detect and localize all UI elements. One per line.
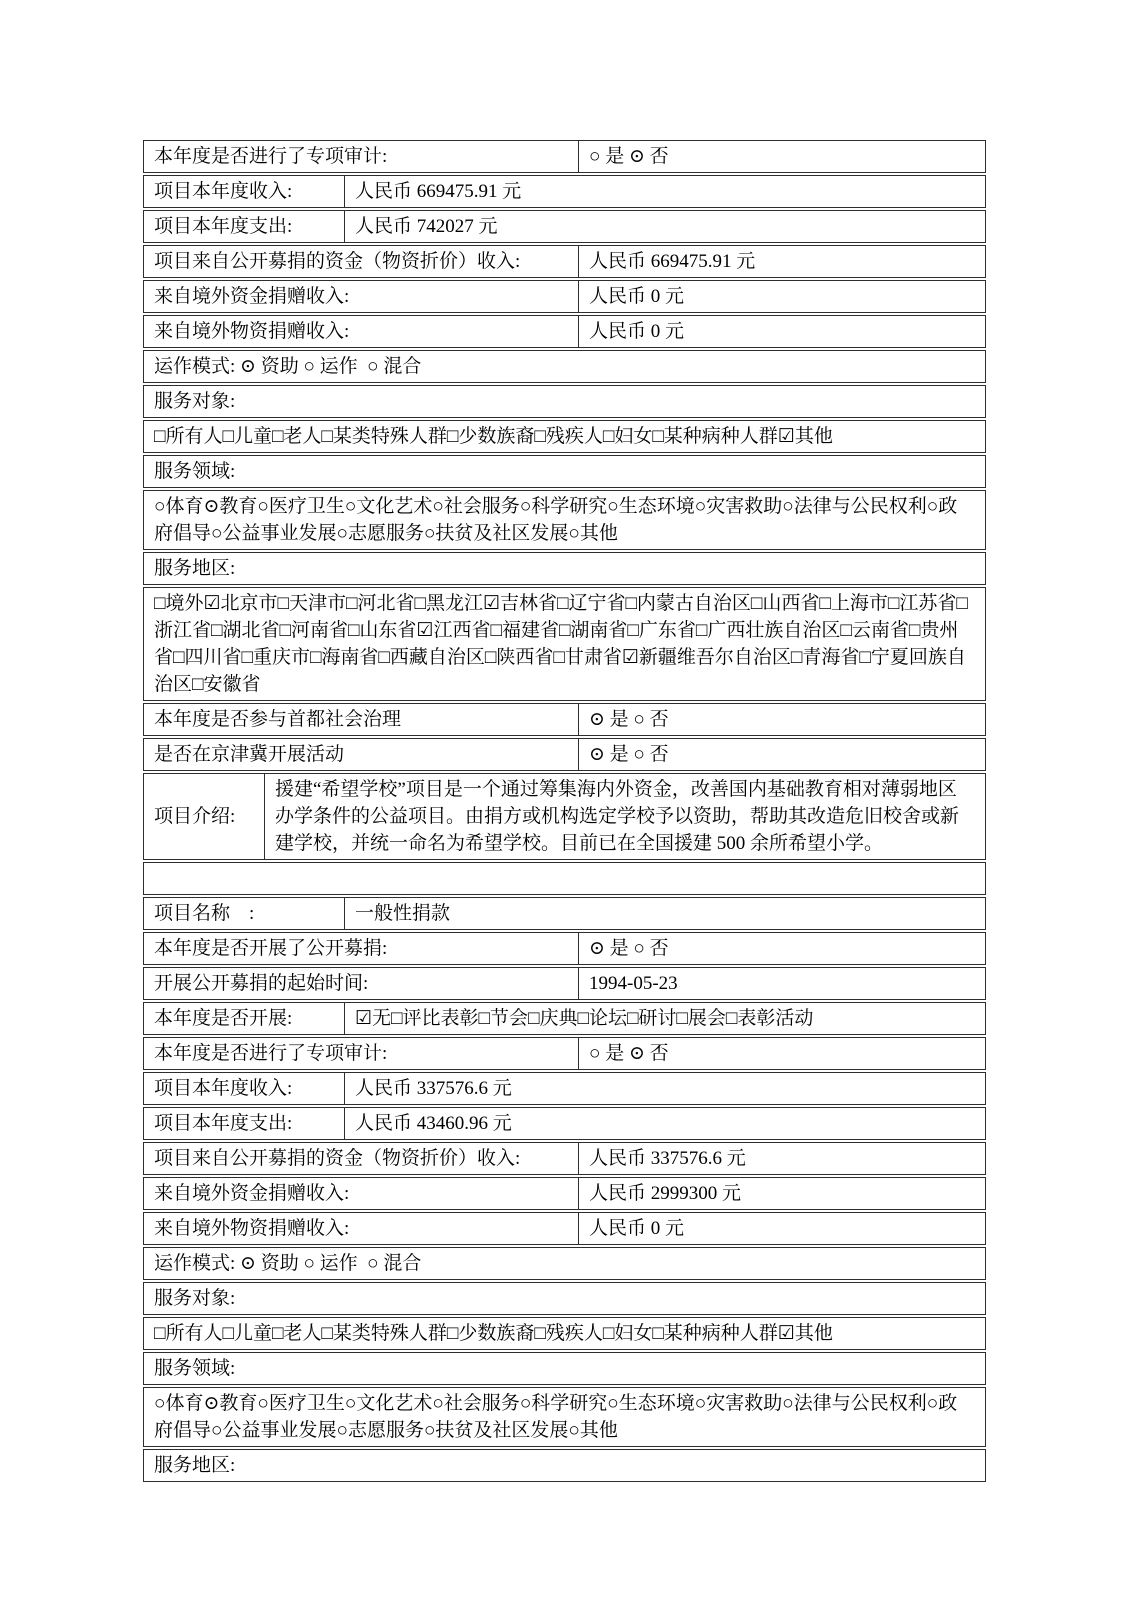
- field-label: 项目名称 :: [144, 898, 345, 929]
- field-value: 人民币 337576.6 元: [345, 1073, 985, 1104]
- field-label: 本年度是否参与首都社会治理: [144, 704, 579, 735]
- radio-group-yes-no: ⊙ 是 ○ 否: [579, 704, 985, 735]
- field-label: 项目来自公开募捐的资金（物资折价）收入:: [144, 246, 579, 277]
- row-jingjinji-activity: 是否在京津冀开展活动 ⊙ 是 ○ 否: [143, 738, 986, 771]
- row-special-audit: 本年度是否进行了专项审计: ○ 是 ⊙ 否: [143, 140, 986, 173]
- field-value: 人民币 43460.96 元: [345, 1108, 985, 1139]
- field-label: 是否在京津冀开展活动: [144, 739, 579, 770]
- row-annual-events: 本年度是否开展: ☑无□评比表彰□节会□庆典□论坛□研讨□展会□表彰活动: [143, 1002, 986, 1035]
- radio-group-yes-no: ⊙ 是 ○ 否: [579, 739, 985, 770]
- field-label: 来自境外物资捐赠收入:: [144, 316, 579, 347]
- field-value: 人民币 0 元: [579, 281, 985, 312]
- radio-group-yes-no: ○ 是 ⊙ 否: [579, 141, 985, 172]
- field-label: 来自境外物资捐赠收入:: [144, 1213, 579, 1244]
- radio-group-operation-mode: 运作模式: ⊙ 资助 ○ 运作 ○ 混合: [144, 1248, 985, 1279]
- row-annual-expense: 项目本年度支出: 人民币 43460.96 元: [143, 1107, 986, 1140]
- field-label: 项目本年度支出:: [144, 211, 345, 242]
- field-value: 人民币 0 元: [579, 1213, 985, 1244]
- field-label: 开展公开募捐的起始时间:: [144, 968, 579, 999]
- field-label: 项目本年度支出:: [144, 1108, 345, 1139]
- row-service-field-title: 服务领域:: [143, 455, 986, 488]
- field-value: 人民币 669475.91 元: [579, 246, 985, 277]
- field-label: 来自境外资金捐赠收入:: [144, 1178, 579, 1209]
- row-public-fundraising: 本年度是否开展了公开募捐: ⊙ 是 ○ 否: [143, 932, 986, 965]
- project-intro-text: 援建“希望学校”项目是一个通过筹集海内外资金，改善国内基础教育相对薄弱地区办学条…: [265, 774, 985, 859]
- row-service-region-options: □境外☑北京市□天津市□河北省□黑龙江☑吉林省□辽宁省□内蒙古自治区□山西省□上…: [143, 587, 986, 701]
- field-label: 来自境外资金捐赠收入:: [144, 281, 579, 312]
- row-overseas-fund-income: 来自境外资金捐赠收入: 人民币 2999300 元: [143, 1177, 986, 1210]
- section-label: 服务对象:: [144, 386, 985, 417]
- row-overseas-fund-income: 来自境外资金捐赠收入: 人民币 0 元: [143, 280, 986, 313]
- row-operation-mode: 运作模式: ⊙ 资助 ○ 运作 ○ 混合: [143, 1247, 986, 1280]
- checkbox-group-annual-events: ☑无□评比表彰□节会□庆典□论坛□研讨□展会□表彰活动: [345, 1003, 985, 1034]
- row-annual-income: 项目本年度收入: 人民币 337576.6 元: [143, 1072, 986, 1105]
- checkbox-group-service-targets: □所有人□儿童□老人□某类特殊人群□少数族裔□残疾人□妇女□某种病种人群☑其他: [144, 421, 985, 452]
- field-label: 本年度是否开展了公开募捐:: [144, 933, 579, 964]
- field-label: 项目来自公开募捐的资金（物资折价）收入:: [144, 1143, 579, 1174]
- field-label: 项目介绍:: [144, 774, 265, 859]
- row-service-field-options: ○体育⊙教育○医疗卫生○文化艺术○社会服务○科学研究○生态环境○灾害救助○法律与…: [143, 1387, 986, 1447]
- section-label: 服务领域:: [144, 1353, 985, 1384]
- date-value: 1994-05-23: [579, 968, 985, 999]
- row-overseas-goods-income: 来自境外物资捐赠收入: 人民币 0 元: [143, 315, 986, 348]
- row-service-target-options: □所有人□儿童□老人□某类特殊人群□少数族裔□残疾人□妇女□某种病种人群☑其他: [143, 420, 986, 453]
- report-page: 本年度是否进行了专项审计: ○ 是 ⊙ 否 项目本年度收入: 人民币 66947…: [0, 0, 1131, 1600]
- field-value: 人民币 337576.6 元: [579, 1143, 985, 1174]
- radio-group-yes-no: ⊙ 是 ○ 否: [579, 933, 985, 964]
- row-service-field-options: ○体育⊙教育○医疗卫生○文化艺术○社会服务○科学研究○生态环境○灾害救助○法律与…: [143, 490, 986, 550]
- field-label: 本年度是否进行了专项审计:: [144, 1038, 579, 1069]
- row-fundraising-start-date: 开展公开募捐的起始时间: 1994-05-23: [143, 967, 986, 1000]
- field-value: 人民币 742027 元: [345, 211, 985, 242]
- field-value: 一般性捐款: [345, 898, 985, 929]
- row-annual-income: 项目本年度收入: 人民币 669475.91 元: [143, 175, 986, 208]
- field-label: 项目本年度收入:: [144, 176, 345, 207]
- section-label: 服务地区:: [144, 1450, 985, 1481]
- row-project-name: 项目名称 : 一般性捐款: [143, 897, 986, 930]
- field-value: 人民币 2999300 元: [579, 1178, 985, 1209]
- row-service-target-options: □所有人□儿童□老人□某类特殊人群□少数族裔□残疾人□妇女□某种病种人群☑其他: [143, 1317, 986, 1350]
- row-service-region-title: 服务地区:: [143, 1449, 986, 1482]
- spacer-row: [143, 862, 986, 895]
- field-label: 本年度是否开展:: [144, 1003, 345, 1034]
- checkbox-group-service-regions: □境外☑北京市□天津市□河北省□黑龙江☑吉林省□辽宁省□内蒙古自治区□山西省□上…: [144, 588, 985, 700]
- radio-group-operation-mode: 运作模式: ⊙ 资助 ○ 运作 ○ 混合: [144, 351, 985, 382]
- field-label: 项目本年度收入:: [144, 1073, 345, 1104]
- row-capital-governance: 本年度是否参与首都社会治理 ⊙ 是 ○ 否: [143, 703, 986, 736]
- row-service-region-title: 服务地区:: [143, 552, 986, 585]
- radio-group-yes-no: ○ 是 ⊙ 否: [579, 1038, 985, 1069]
- row-overseas-goods-income: 来自境外物资捐赠收入: 人民币 0 元: [143, 1212, 986, 1245]
- row-operation-mode: 运作模式: ⊙ 资助 ○ 运作 ○ 混合: [143, 350, 986, 383]
- radio-group-service-fields: ○体育⊙教育○医疗卫生○文化艺术○社会服务○科学研究○生态环境○灾害救助○法律与…: [144, 491, 985, 549]
- field-label: 本年度是否进行了专项审计:: [144, 141, 579, 172]
- field-value: 人民币 669475.91 元: [345, 176, 985, 207]
- section-label: 服务地区:: [144, 553, 985, 584]
- row-service-field-title: 服务领域:: [143, 1352, 986, 1385]
- project-report-table: 本年度是否进行了专项审计: ○ 是 ⊙ 否 项目本年度收入: 人民币 66947…: [143, 140, 986, 1484]
- row-special-audit: 本年度是否进行了专项审计: ○ 是 ⊙ 否: [143, 1037, 986, 1070]
- field-value: 人民币 0 元: [579, 316, 985, 347]
- row-public-fund-income: 项目来自公开募捐的资金（物资折价）收入: 人民币 669475.91 元: [143, 245, 986, 278]
- row-annual-expense: 项目本年度支出: 人民币 742027 元: [143, 210, 986, 243]
- row-service-target-title: 服务对象:: [143, 385, 986, 418]
- section-label: 服务领域:: [144, 456, 985, 487]
- section-label: 服务对象:: [144, 1283, 985, 1314]
- checkbox-group-service-targets: □所有人□儿童□老人□某类特殊人群□少数族裔□残疾人□妇女□某种病种人群☑其他: [144, 1318, 985, 1349]
- radio-group-service-fields: ○体育⊙教育○医疗卫生○文化艺术○社会服务○科学研究○生态环境○灾害救助○法律与…: [144, 1388, 985, 1446]
- row-project-intro: 项目介绍: 援建“希望学校”项目是一个通过筹集海内外资金，改善国内基础教育相对薄…: [143, 773, 986, 860]
- row-service-target-title: 服务对象:: [143, 1282, 986, 1315]
- row-public-fund-income: 项目来自公开募捐的资金（物资折价）收入: 人民币 337576.6 元: [143, 1142, 986, 1175]
